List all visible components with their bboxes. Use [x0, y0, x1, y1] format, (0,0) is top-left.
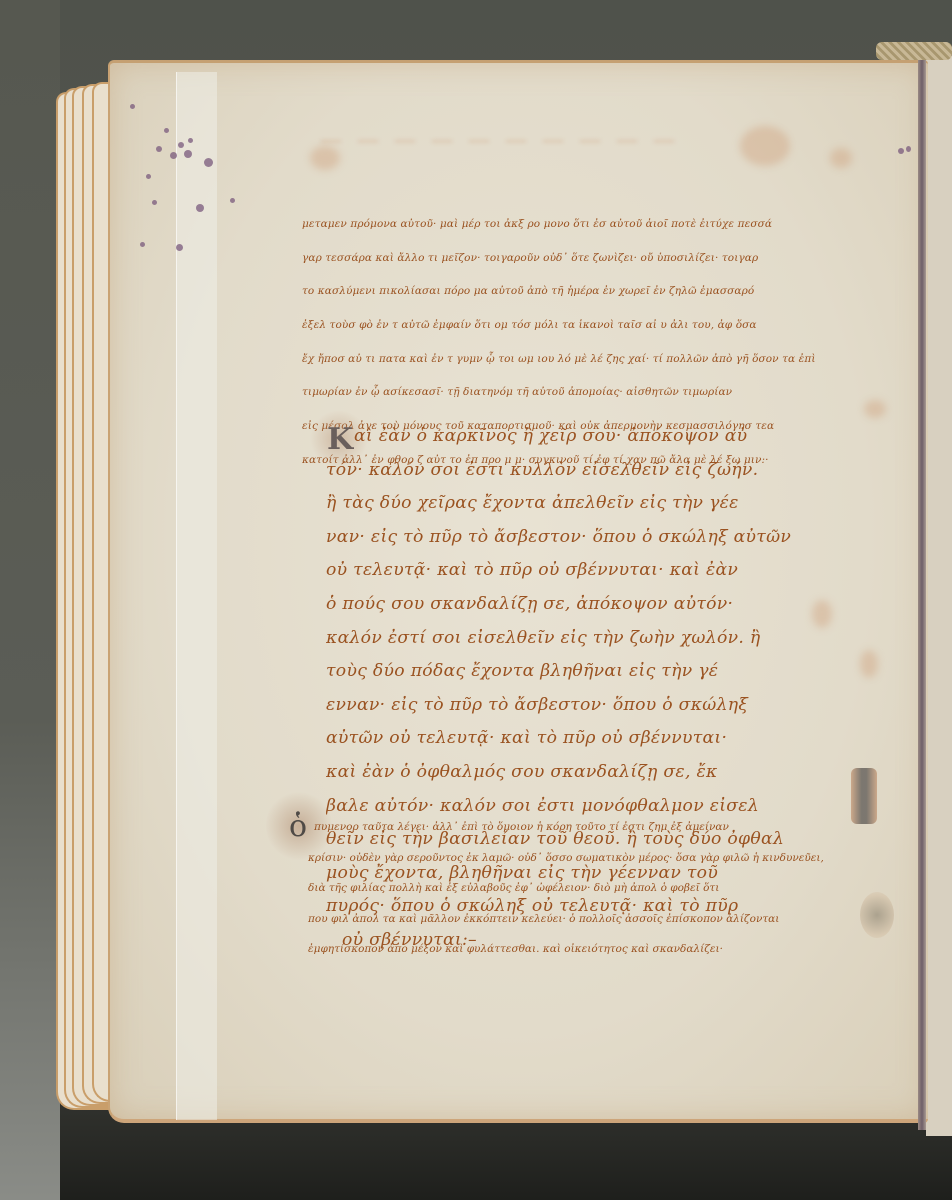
ink-spot [152, 200, 157, 205]
repair-tape-strip [176, 72, 217, 1120]
commentary-line: μεταμεν πρόμονα αὐτοῦ· μαὶ μέρ τοι ἀκξ ρ… [302, 208, 850, 242]
ink-spot [184, 150, 192, 158]
commentary-line: ἐξελ τοὺσ φὸ ἐν τ αὐτῶ ἐμφαίν ὅτι ομ τόσ… [302, 309, 850, 343]
commentary-line: ἔχ ἤποσ αὐ τι πατα καὶ ἐν τ γυμν ᾧ τοι ω… [302, 343, 850, 377]
main-text-line: ενναν· εἰς τὸ πῦρ τὸ ἄσβεστον· ὅπου ὁ σκ… [326, 689, 834, 723]
commentary-line: το κασλύμενι πικολίασαι πόρο μα αὐτοῦ ἀπ… [302, 275, 850, 309]
commentary-line: ἐμφητίσκοπον ἀπο μέξον καὶ φυλάττεσθαι. … [308, 934, 862, 965]
facing-page-edge [926, 56, 952, 1136]
ink-spot [898, 148, 904, 154]
main-text-line: καλόν ἐστί σοι εἰσελθεῖν εἰς τὴν ζωὴν χω… [326, 622, 834, 656]
ink-spot [178, 142, 184, 148]
main-text-line: αὶ ἐὰν ὁ καρκῖνος ἢ χεῖρ σου· ἀπόκοψον α… [354, 420, 834, 454]
commentary-line: πυμενορ ταῦτα λέγει· ἀλλ᾽ ἐπὶ τὸ ὅμοιον … [314, 812, 862, 843]
ink-spot [906, 146, 911, 152]
ink-spot [156, 146, 162, 152]
margin-marker-bar [851, 768, 877, 824]
lower-commentary: πυμενορ ταῦτα λέγει· ἀλλ᾽ ἐπὶ τὸ ὅμοιον … [314, 812, 862, 965]
main-text-line: καὶ ἐὰν ὁ ὀφθαλμός σου σκανδαλίζῃ σε, ἔκ [326, 756, 834, 790]
ink-spot [176, 244, 183, 251]
ink-spot [170, 152, 177, 159]
faded-rubric-heading: — — — — — — — — — — [320, 128, 840, 168]
margin-blot [860, 892, 894, 938]
commentary-line: διὰ τῆς φιλίας πολλὴ καὶ ἐξ εὐλαβοῦς ἐφ᾽… [308, 873, 862, 904]
ink-spot [130, 104, 135, 109]
ink-spot [146, 174, 151, 179]
main-text-line: ὁ πούς σου σκανδαλίζῃ σε, ἀπόκοψον αὐτόν… [326, 588, 834, 622]
main-text-line: ναν· εἰς τὸ πῦρ τὸ ἄσβεστον· ὅπου ὁ σκώλ… [326, 521, 834, 555]
ink-spot [230, 198, 235, 203]
main-text-first-line: αὶ ἐὰν ὁ καρκῖνος ἢ χεῖρ σου· ἀπόκοψον α… [354, 420, 834, 454]
main-text-line: ἢ τὰς δύο χεῖρας ἔχοντα ἀπελθεῖν εἰς τὴν… [326, 487, 834, 521]
water-stain [860, 650, 878, 678]
main-text-line: οὐ τελευτᾷ· καὶ τὸ πῦρ οὐ σβέννυται· καὶ… [326, 554, 834, 588]
main-text-line: τοὺς δύο πόδας ἔχοντα βληθῆναι εἰς τὴν γ… [326, 655, 834, 689]
commentary-line: που φιλ ἀπολ τα καὶ μᾶλλον ἐκκόπτειν κελ… [308, 904, 862, 935]
water-stain [864, 400, 886, 418]
commentary-line: κρίσιν· οὐδὲν γὰρ σεροῦντος ἐκ λαμῶ· οὐδ… [308, 843, 862, 874]
ink-spot [196, 204, 204, 212]
ink-spot [164, 128, 169, 133]
commentary-line: τιμωρίαν ἐν ᾧ ασίκεσασῖ· τῇ διατηνόμ τῆ … [302, 376, 850, 410]
background-left [0, 0, 60, 1200]
gutter-fold [918, 60, 926, 1130]
main-text-line: αὐτῶν οὐ τελευτᾷ· καὶ τὸ πῦρ οὐ σβέννυτα… [326, 722, 834, 756]
ink-spot [188, 138, 193, 143]
binding-thread [876, 42, 952, 60]
ink-spot [204, 158, 213, 167]
ink-spot [140, 242, 145, 247]
commentary-line: γαρ τεσσάρα καὶ ἄλλο τι μεῖζον· τοιγαροῦ… [302, 242, 850, 276]
main-text-line: τόν· καλόν σοι ἐστι κυλλὸν εἰσελθεῖν εἰς… [326, 454, 834, 488]
